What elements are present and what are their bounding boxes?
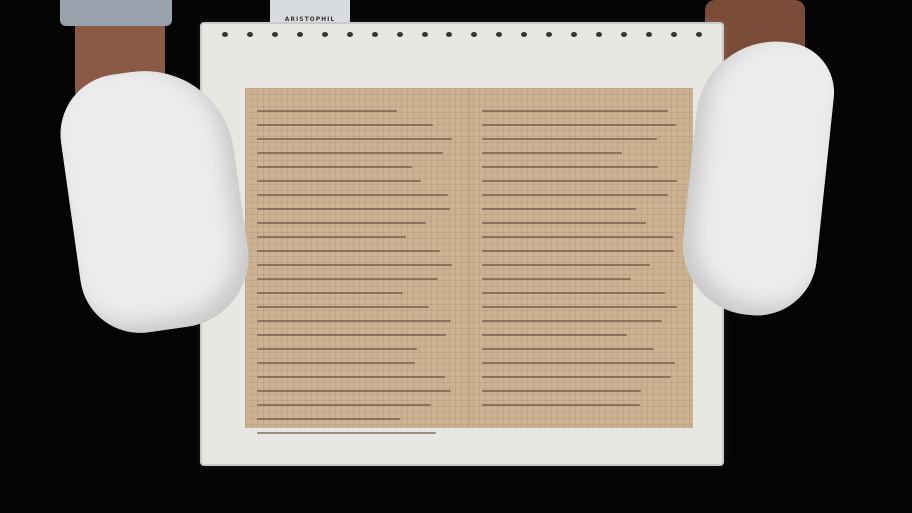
handwriting-line: [482, 390, 642, 392]
handwriting-line: [257, 334, 446, 336]
handwriting-line: [482, 152, 622, 154]
handwriting-line: [257, 306, 429, 308]
handwriting-line: [257, 362, 415, 364]
handwriting-line: [257, 390, 451, 392]
handwriting-line: [257, 376, 445, 378]
handwriting-line: [482, 194, 668, 196]
handwriting-line: [257, 404, 431, 406]
handwriting-line: [482, 362, 676, 364]
binder-holes: [222, 32, 702, 37]
handwriting-line: [257, 152, 443, 154]
handwriting-line: [482, 264, 650, 266]
handwriting-line: [482, 376, 671, 378]
handwriting-line: [482, 236, 673, 238]
handwriting-line: [482, 292, 665, 294]
id-badge: ARISTOPHIL: [270, 0, 350, 24]
handwriting-line: [482, 320, 662, 322]
handwriting-line: [482, 306, 677, 308]
handwriting-line: [482, 110, 669, 112]
handwriting-line: [257, 348, 417, 350]
handwriting-line: [482, 138, 658, 140]
handwriting-line: [257, 222, 426, 224]
handwriting-line: [257, 194, 448, 196]
handwriting-line: [482, 124, 677, 126]
handwriting-line: [257, 166, 412, 168]
handwriting-line: [257, 250, 440, 252]
handwriting-line: [257, 208, 450, 210]
handwriting-line: [482, 250, 675, 252]
handwriting-line: [257, 236, 406, 238]
handwriting-line: [482, 404, 641, 406]
handwriting-line: [257, 138, 452, 140]
handwriting-line: [482, 334, 627, 336]
handwriting-line: [482, 166, 659, 168]
letter-left-page: [245, 88, 470, 428]
handwriting-line: [257, 432, 436, 434]
handwriting-line: [482, 180, 677, 182]
handwriting-line: [482, 222, 646, 224]
handwriting-line: [482, 278, 631, 280]
handwriting-line: [482, 208, 636, 210]
letter-right-page: [470, 88, 694, 428]
handwriting-line: [257, 124, 433, 126]
handwriting-line: [257, 320, 451, 322]
photo-scene: ARISTOPHIL: [0, 0, 912, 513]
left-sleeve-cuff: [60, 0, 172, 26]
handwritten-letter: [245, 88, 693, 428]
handwriting-line: [257, 180, 421, 182]
handwriting-line: [257, 110, 397, 112]
handwriting-line: [257, 264, 452, 266]
handwriting-line: [482, 348, 654, 350]
handwriting-line: [257, 292, 403, 294]
handwriting-line: [257, 278, 438, 280]
handwriting-line: [257, 418, 400, 420]
